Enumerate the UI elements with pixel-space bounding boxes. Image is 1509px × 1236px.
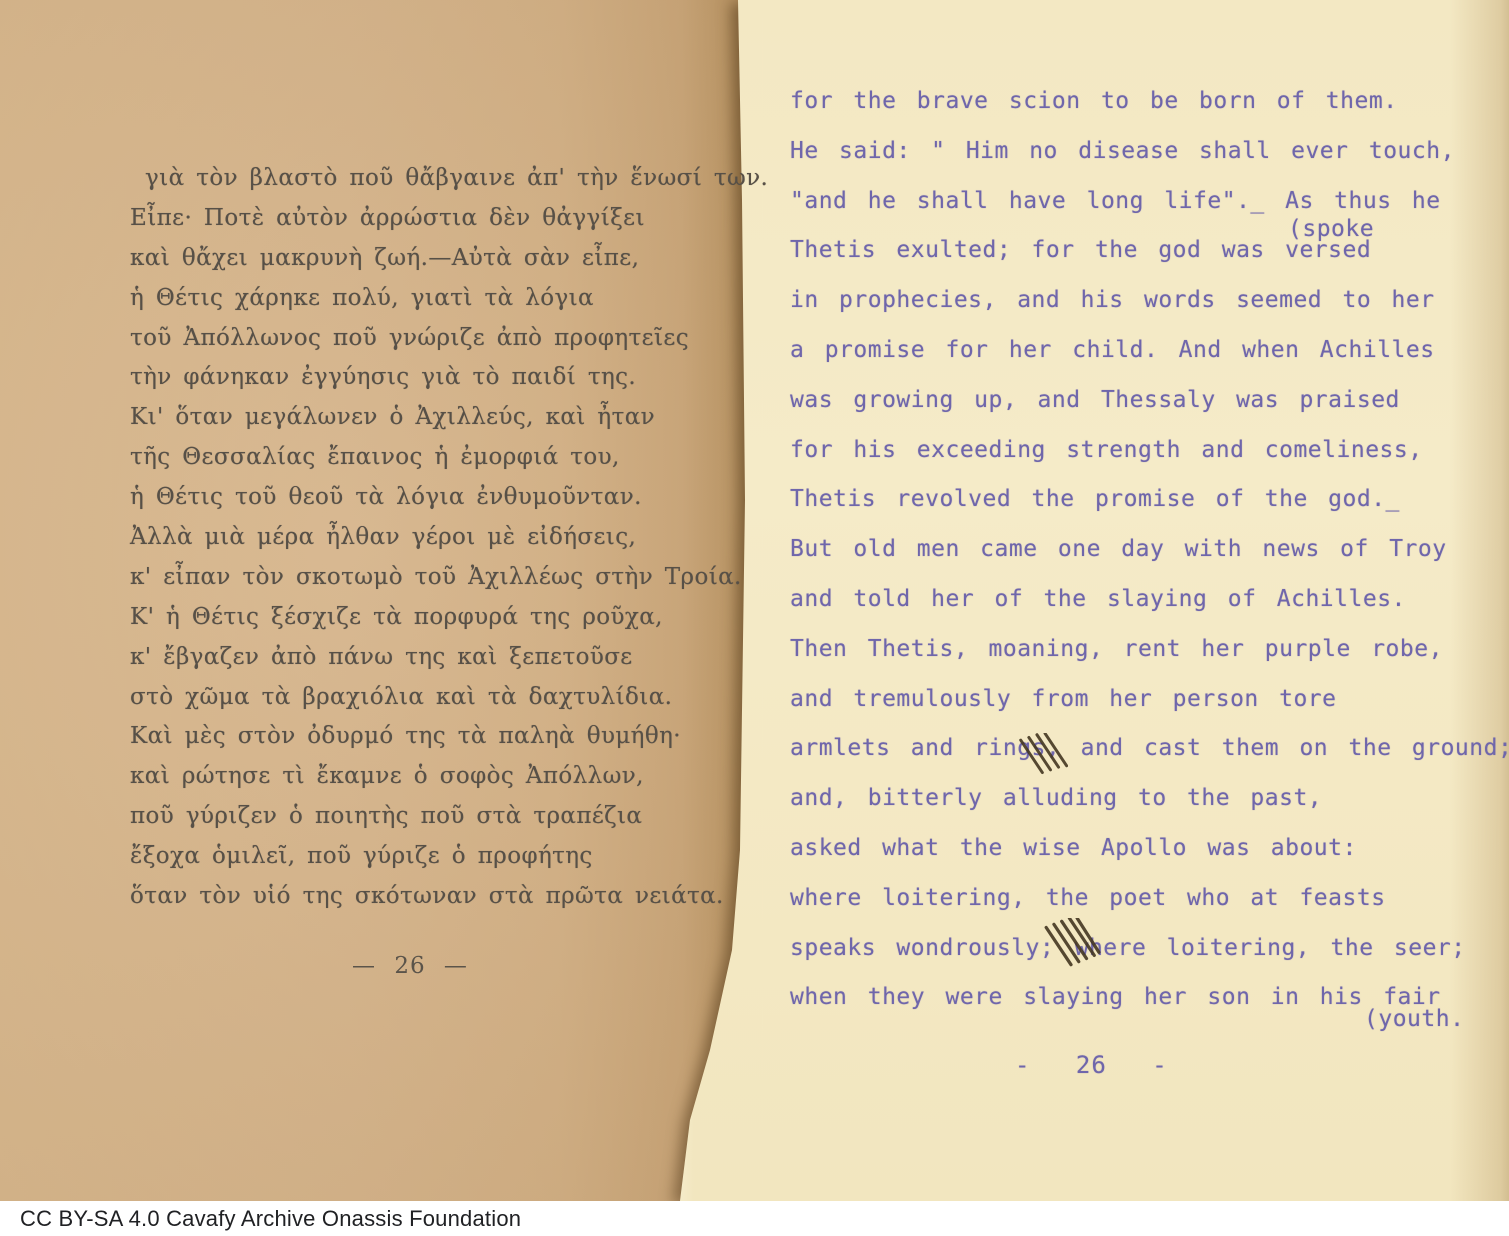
strikeout-mark-icon bbox=[1014, 733, 1068, 777]
typescript-line: was growing up, and Thessaly was praised bbox=[790, 387, 1490, 437]
license-caption: CC BY-SA 4.0 Cavafy Archive Onassis Foun… bbox=[0, 1206, 521, 1232]
greek-poem-line: στὸ χῶμα τὰ βραχιόλια καὶ τὰ δαχτυλίδια. bbox=[130, 682, 705, 722]
typescript-line: "and he shall have long life"._ As thus … bbox=[790, 188, 1490, 238]
greek-poem-line: Κ' ἡ Θέτις ξέσχιζε τὰ πορφυρά της ροῦχα, bbox=[130, 602, 705, 642]
typescript-line: for his exceeding strength and comelines… bbox=[790, 437, 1490, 487]
right-page: for the brave scion to be born of them. … bbox=[660, 0, 1509, 1201]
typescript-line: where loitering, the poet who at feasts bbox=[790, 885, 1490, 935]
greek-poem-line: τὴν φάνηκαν ἐγγύησις γιὰ τὸ παιδί της. bbox=[130, 362, 705, 402]
greek-poem-line: κ' εἶπαν τὸν σκοτωμὸ τοῦ Ἀχιλλέως στὴν Τ… bbox=[130, 562, 705, 602]
greek-poem-line: γιὰ τὸν βλαστὸ ποῦ θἄβγαινε ἀπ' τὴν ἕνωσ… bbox=[130, 163, 705, 203]
greek-poem-line: κ' ἔβγαζεν ἀπὸ πάνω της καὶ ξεπετοῦσε bbox=[130, 642, 705, 682]
typescript-line: and tremulously from her person tore bbox=[790, 686, 1490, 736]
greek-poem-line: Καὶ μὲς στὸν ὀδυρμό της τὰ παληὰ θυμήθη· bbox=[130, 721, 705, 761]
greek-poem-line: τοῦ Ἀπόλλωνος ποῦ γνώριζε ἀπὸ προφητεῖες bbox=[130, 323, 705, 363]
inserted-word-youth: (youth. bbox=[1364, 1006, 1464, 1032]
greek-poem-line: ἡ Θέτις χάρηκε πολύ, γιατὶ τὰ λόγια bbox=[130, 283, 705, 323]
typescript-line: asked what the wise Apollo was about: bbox=[790, 835, 1490, 885]
book-spread: γιὰ τὸν βλαστὸ ποῦ θἄβγαινε ἀπ' τὴν ἕνωσ… bbox=[0, 0, 1509, 1201]
typescript-text: for the brave scion to be born of them. … bbox=[790, 88, 1490, 1034]
greek-poem-line: καὶ θἄχει μακρυνὴ ζωή.—Αὐτὰ σὰν εἶπε, bbox=[130, 243, 705, 283]
typescript-line: a promise for her child. And when Achill… bbox=[790, 337, 1490, 387]
license-caption-bar: CC BY-SA 4.0 Cavafy Archive Onassis Foun… bbox=[0, 1201, 1509, 1236]
typescript-line: He said: " Him no disease shall ever tou… bbox=[790, 138, 1490, 188]
typescript-line: and, bitterly alluding to the past, bbox=[790, 785, 1490, 835]
greek-poem-text: γιὰ τὸν βλαστὸ ποῦ θἄβγαινε ἀπ' τὴν ἕνωσ… bbox=[130, 163, 705, 921]
greek-poem-line: ἡ Θέτις τοῦ θεοῦ τὰ λόγια ἐνθυμοῦνταν. bbox=[130, 482, 705, 522]
right-page-paper: for the brave scion to be born of them. … bbox=[660, 0, 1509, 1201]
greek-poem-line: Κι' ὅταν μεγάλωνεν ὁ Ἀχιλλεύς, καὶ ἦταν bbox=[130, 402, 705, 442]
typescript-line: speaks wondrously; where loitering, the … bbox=[790, 935, 1490, 985]
typescript-line: Thetis revolved the promise of the god._ bbox=[790, 486, 1490, 536]
right-page-number: - 26 - bbox=[1015, 1051, 1335, 1079]
greek-poem-line: καὶ ρώτησε τὶ ἔκαμνε ὁ σοφὸς Ἀπόλλων, bbox=[130, 761, 705, 801]
greek-poem-line: Ἀλλὰ μιὰ μέρα ἦλθαν γέροι μὲ εἰδήσεις, bbox=[130, 522, 705, 562]
greek-poem-line: Εἶπε· Ποτὲ αὐτὸν ἀρρώστια δὲν θἀγγίξει bbox=[130, 203, 705, 243]
inserted-word-spoke: (spoke bbox=[1288, 216, 1374, 242]
typescript-line: and told her of the slaying of Achilles. bbox=[790, 586, 1490, 636]
typescript-line: armlets and rings, and cast them on the … bbox=[790, 735, 1490, 785]
typescript-line: Then Thetis, moaning, rent her purple ro… bbox=[790, 636, 1490, 686]
greek-poem-line: ἔξοχα ὁμιλεῖ, ποῦ γύριζε ὁ προφήτης bbox=[130, 841, 705, 881]
greek-poem-line: τῆς Θεσσαλίας ἔπαινος ἡ ἐμορφιά του, bbox=[130, 442, 705, 482]
typescript-line: But old men came one day with news of Tr… bbox=[790, 536, 1490, 586]
greek-poem-line: ὅταν τὸν υἱό της σκότωναν στὰ πρῶτα νειά… bbox=[130, 881, 705, 921]
left-page-number: — 26 — bbox=[130, 953, 690, 979]
typescript-line: for the brave scion to be born of them. bbox=[790, 88, 1490, 138]
strikeout-mark-icon bbox=[1040, 918, 1102, 968]
greek-poem-line: ποῦ γύριζεν ὁ ποιητὴς ποῦ στὰ τραπέζια bbox=[130, 801, 705, 841]
typescript-line: in prophecies, and his words seemed to h… bbox=[790, 287, 1490, 337]
typescript-line: Thetis exulted; for the god was versed bbox=[790, 237, 1490, 287]
left-page: γιὰ τὸν βλαστὸ ποῦ θἄβγαινε ἀπ' τὴν ἕνωσ… bbox=[0, 0, 775, 1201]
